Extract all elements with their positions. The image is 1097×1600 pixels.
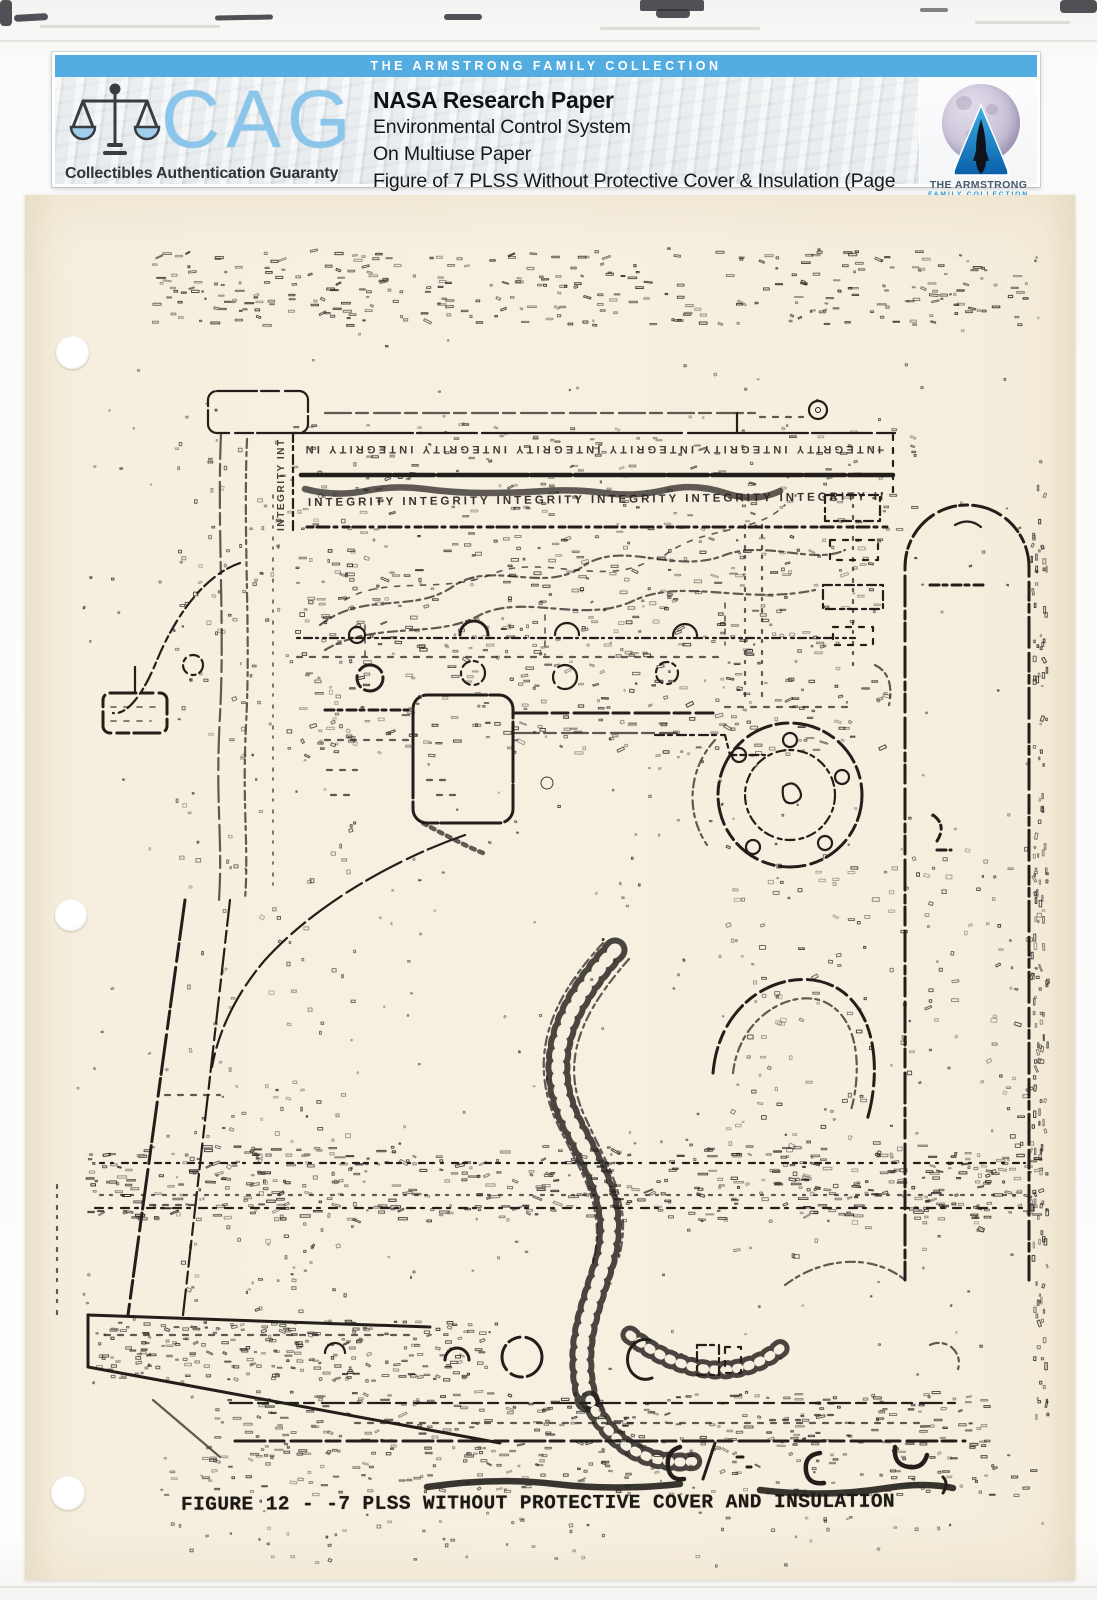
integrity-tape-text-flipped: INTEGRITY INTEGRITY INTEGRITY INTEGRITY … [306,438,881,455]
slab-edge-mark [656,9,690,18]
cert-subject: Environmental Control System [373,114,919,141]
oxygen-tank [905,505,1029,1280]
cert-medium: On Multiuse Paper [373,141,919,168]
slab-edge-mark [14,13,48,22]
cag-certification-label: THE ARMSTRONG FAMILY COLLECTION [52,52,1040,187]
pump-housing [693,723,862,867]
armstrong-logo-block: THE ARMSTRONG FAMILY COLLECTION [919,77,1037,184]
slab-seam [0,40,1097,42]
cag-scales-icon [69,83,161,174]
label-body: CAG Collectibles Authentication Guaranty… [55,77,1037,184]
cert-title: NASA Research Paper [373,87,919,114]
slab-edge-mark [1060,0,1097,13]
slabbed-document-photo: THE ARMSTRONG FAMILY COLLECTION [0,0,1097,1600]
paper-page: INTEGRITY INTEGRITY INTEGRITY INTEGRITY … [25,195,1075,1580]
integrity-tape-text-vertical: INTEGRITY INT [276,431,290,531]
control-box [325,695,553,853]
slab-streak [40,25,220,28]
figure-caption: FIGURE 12 - -7 PLSS WITHOUT PROTECTIVE C… [181,1490,961,1515]
certification-text: NASA Research Paper Environmental Contro… [373,77,919,184]
punch-hole [56,336,89,369]
slab-streak [975,21,1070,24]
corrugated-hoses [544,943,905,1462]
center-lines [513,525,853,755]
punch-hole [51,1476,85,1510]
slab-edge-mark [920,8,948,12]
armstrong-name: THE ARMSTRONG [920,179,1037,191]
left-frame [57,391,308,1315]
cag-logo-block: CAG Collectibles Authentication Guaranty [55,77,373,184]
armstrong-a-rocket-icon [953,103,1009,177]
slab-edge-mark [215,14,273,20]
plss-figure-sketch [25,195,1075,1580]
manifold-fittings [183,621,855,691]
slab-edge-mark [0,0,12,26]
slab-seam [0,1586,1097,1588]
cag-tagline: Collectibles Authentication Guaranty [65,165,375,183]
slab-streak [600,27,760,30]
slab-edge-mark [444,14,482,20]
cag-initials: CAG [161,83,357,157]
base-tray [88,1163,1030,1457]
punch-hole [55,899,87,931]
